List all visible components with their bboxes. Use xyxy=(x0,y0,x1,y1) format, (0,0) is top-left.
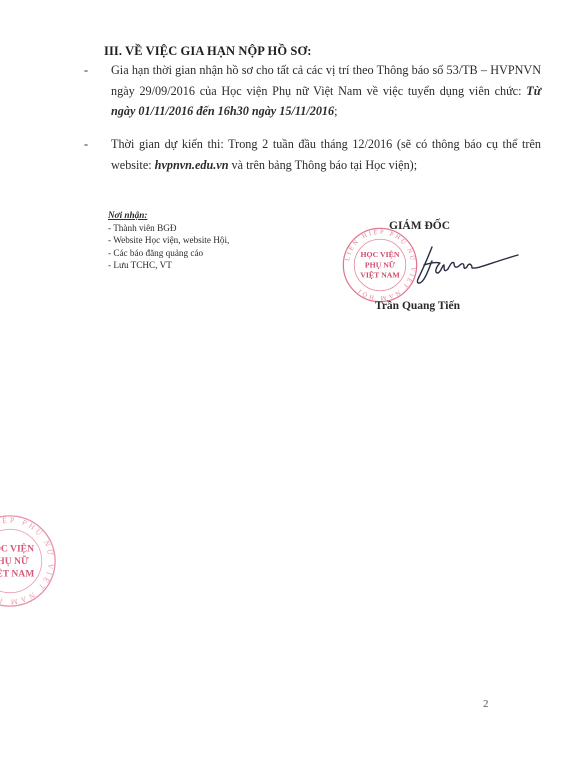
svg-text:HỌC VIỆN: HỌC VIỆN xyxy=(360,250,399,259)
section-heading: III. VỀ VIỆC GIA HẠN NỘP HỒ SƠ: xyxy=(104,44,312,59)
recipient-item: - Thành viên BGĐ xyxy=(108,222,229,235)
svg-text:VIỆT NAM: VIỆT NAM xyxy=(0,566,34,579)
bullet-text: Gia hạn thời gian nhận hồ sơ cho tất cả … xyxy=(111,60,541,122)
website-link[interactable]: hvpnvn.edu.vn xyxy=(155,158,229,172)
bullet-text-body: Gia hạn thời gian nhận hồ sơ cho tất cả … xyxy=(111,63,541,98)
svg-text:HỌC VIỆN: HỌC VIỆN xyxy=(0,541,34,554)
recipient-item: - Lưu TCHC, VT xyxy=(108,259,229,272)
director-name: Trần Quang Tiến xyxy=(375,300,460,312)
recipient-item: - Website Học viện, website Hội, xyxy=(108,234,229,247)
bullet-dash: - xyxy=(84,134,88,155)
bullet-text-tail: và trên bảng Thông báo tại Học viện); xyxy=(228,158,417,172)
svg-text:PHỤ NỮ: PHỤ NỮ xyxy=(365,259,396,269)
recipients-block: Nơi nhận: - Thành viên BGĐ - Website Học… xyxy=(108,209,229,272)
bullet-text-tail: ; xyxy=(334,104,337,118)
partial-stamp: LIÊN HIỆP PHỤ NỮ VIỆT NAM HỘI HỌC VIỆN P… xyxy=(0,513,58,609)
bullet-text: Thời gian dự kiến thi: Trong 2 tuần đầu … xyxy=(111,134,541,175)
recipient-item: - Các báo đăng quảng cáo xyxy=(108,247,229,260)
bullet-dash: - xyxy=(84,60,88,81)
svg-text:PHỤ NỮ: PHỤ NỮ xyxy=(0,554,29,567)
page-number: 2 xyxy=(483,698,489,710)
recipients-title: Nơi nhận: xyxy=(108,209,229,222)
director-title: GIÁM ĐỐC xyxy=(389,220,450,232)
svg-text:VIỆT NAM: VIỆT NAM xyxy=(360,270,400,279)
official-stamp: LIÊN HIỆP PHỤ NỮ VIỆT NAM HỘI HỌC VIỆN P… xyxy=(341,226,419,304)
signature xyxy=(410,243,520,288)
